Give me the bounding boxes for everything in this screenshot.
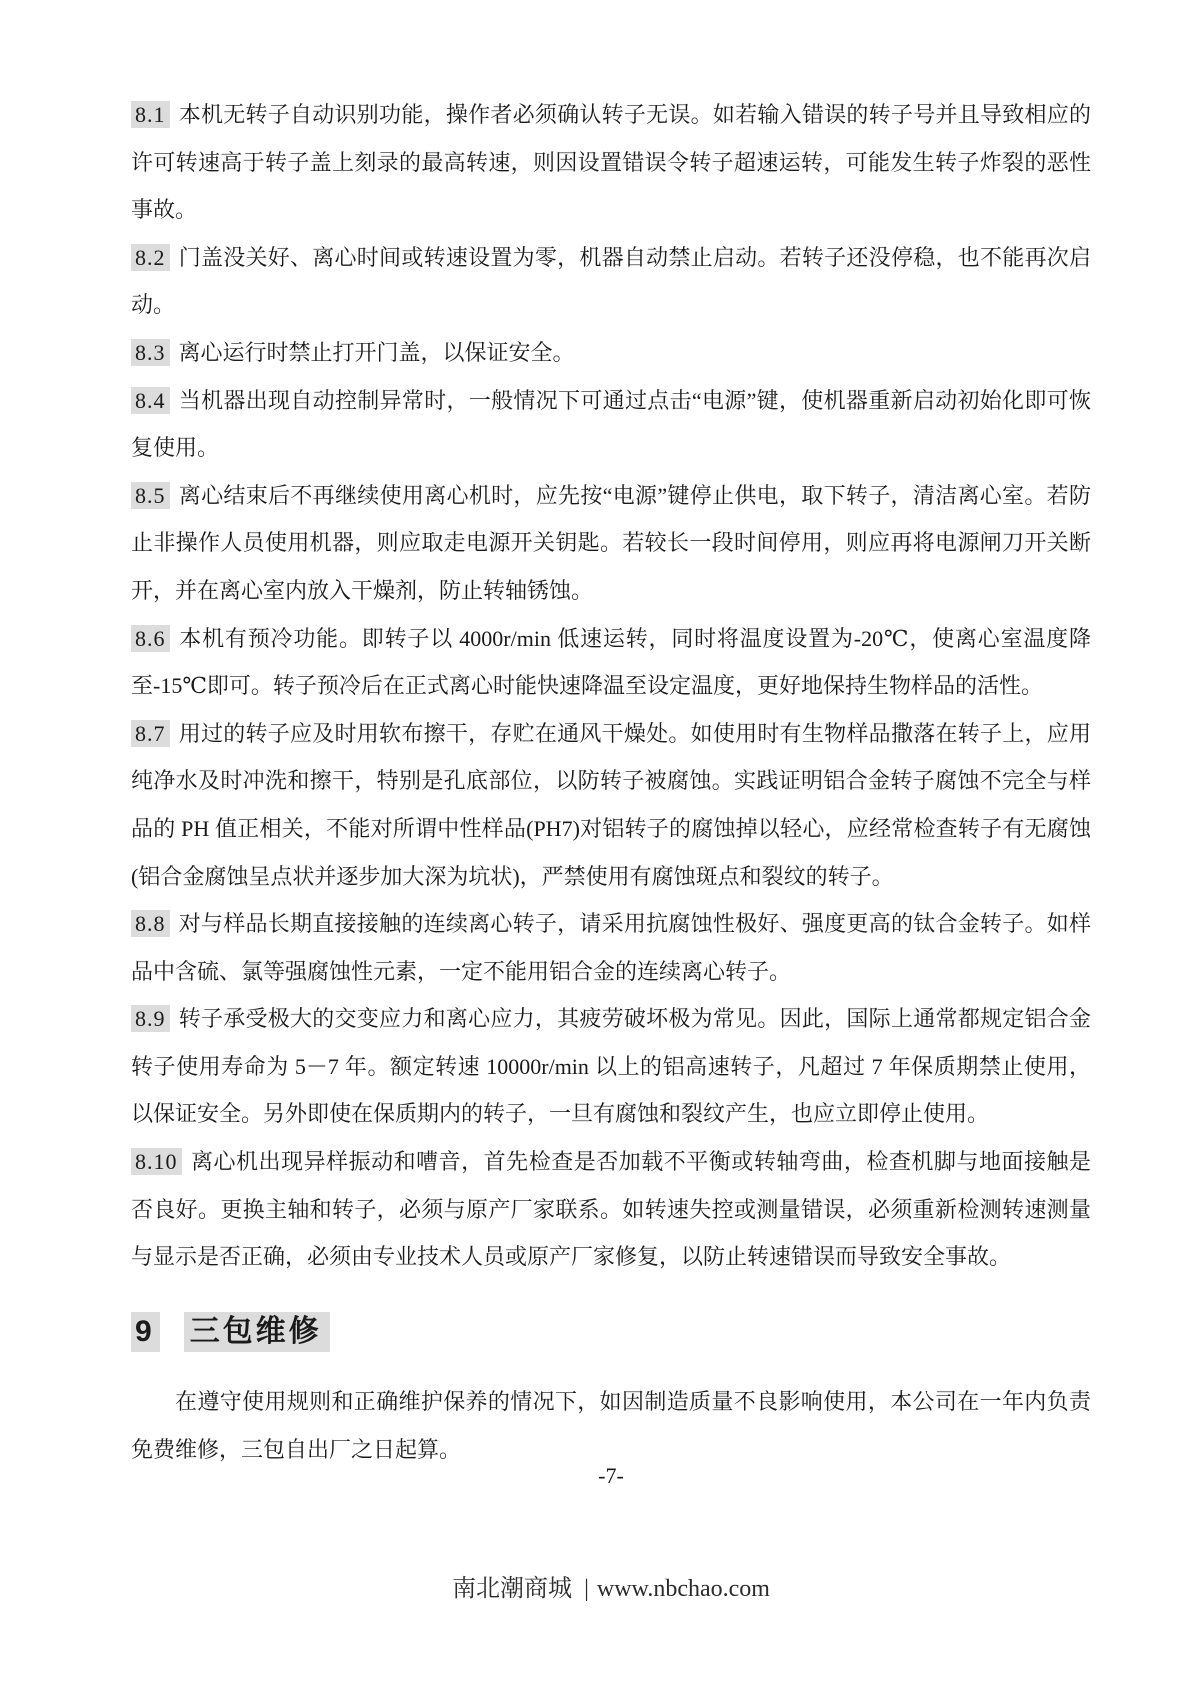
manual-item-8-10: 8.10离心机出现异样振动和嘈音，首先检查是否加载不平衡或转轴弯曲，检查机脚与地…: [131, 1138, 1091, 1281]
item-number: 8.9: [131, 1005, 170, 1032]
item-text: 离心结束后不再继续使用离心机时，应先按“电源”键停止供电，取下转子，清洁离心室。…: [131, 483, 1091, 603]
item-text: 本机无转子自动识别功能，操作者必须确认转子无误。如若输入错误的转子号并且导致相应…: [131, 102, 1091, 222]
item-text: 离心运行时禁止打开门盖，以保证安全。: [179, 340, 575, 365]
manual-item-8-2: 8.2门盖没关好、离心时间或转速设置为零，机器自动禁止启动。若转子还没停稳，也不…: [131, 234, 1091, 329]
manual-item-8-8: 8.8对与样品长期直接接触的连续离心转子，请采用抗腐蚀性极好、强度更高的钛合金转…: [131, 900, 1091, 995]
item-text: 用过的转子应及时用软布擦干，存贮在通风干燥处。如使用时有生物样品撒落在转子上，应…: [131, 721, 1091, 889]
item-text: 本机有预冷功能。即转子以 4000r/min 低速运转，同时将温度设置为-20℃…: [131, 626, 1091, 699]
section-9-number: 9: [131, 1312, 160, 1352]
item-text: 转子承受极大的交变应力和离心应力，其疲劳破坏极为常见。因此，国际上通常都规定铝合…: [131, 1006, 1091, 1126]
item-number: 8.6: [131, 625, 170, 652]
item-text: 门盖没关好、离心时间或转速设置为零，机器自动禁止启动。若转子还没停稳，也不能再次…: [131, 245, 1091, 318]
item-text: 当机器出现自动控制异常时，一般情况下可通过点击“电源”键，使机器重新启动初始化即…: [131, 388, 1091, 461]
footer-url: www.nbchao.com: [597, 1576, 770, 1602]
page-number: -7-: [131, 1463, 1091, 1489]
footer-separator: |: [584, 1576, 589, 1602]
manual-item-8-6: 8.6本机有预冷功能。即转子以 4000r/min 低速运转，同时将温度设置为-…: [131, 615, 1091, 710]
item-number: 8.10: [131, 1148, 182, 1175]
section-9-paragraph: 在遵守使用规则和正确维护保养的情况下，如因制造质量不良影响使用，本公司在一年内负…: [131, 1378, 1091, 1473]
item-number: 8.5: [131, 482, 170, 509]
section-9-title: 三包维修: [184, 1312, 330, 1352]
item-number: 8.7: [131, 720, 170, 747]
item-number: 8.4: [131, 387, 170, 414]
footer-brand: 南北潮商城: [452, 1576, 572, 1602]
item-number: 8.8: [131, 910, 170, 937]
item-number: 8.3: [131, 339, 170, 366]
manual-item-8-4: 8.4当机器出现自动控制异常时，一般情况下可通过点击“电源”键，使机器重新启动初…: [131, 377, 1091, 472]
item-number: 8.1: [131, 101, 170, 128]
section-8-items: 8.1本机无转子自动识别功能，操作者必须确认转子无误。如若输入错误的转子号并且导…: [131, 91, 1091, 1281]
manual-item-8-7: 8.7用过的转子应及时用软布擦干，存贮在通风干燥处。如使用时有生物样品撒落在转子…: [131, 710, 1091, 900]
item-number: 8.2: [131, 244, 170, 271]
manual-item-8-3: 8.3离心运行时禁止打开门盖，以保证安全。: [131, 329, 1091, 377]
item-text: 对与样品长期直接接触的连续离心转子，请采用抗腐蚀性极好、强度更高的钛合金转子。如…: [131, 911, 1091, 984]
document-page: 8.1本机无转子自动识别功能，操作者必须确认转子无误。如若输入错误的转子号并且导…: [0, 0, 1200, 1697]
page-footer: 南北潮商城|www.nbchao.com: [131, 1568, 1091, 1603]
manual-item-8-9: 8.9转子承受极大的交变应力和离心应力，其疲劳破坏极为常见。因此，国际上通常都规…: [131, 995, 1091, 1138]
manual-item-8-1: 8.1本机无转子自动识别功能，操作者必须确认转子无误。如若输入错误的转子号并且导…: [131, 91, 1091, 234]
section-9-heading: 9三包维修: [131, 1306, 330, 1350]
manual-item-8-5: 8.5离心结束后不再继续使用离心机时，应先按“电源”键停止供电，取下转子，清洁离…: [131, 472, 1091, 615]
item-text: 离心机出现异样振动和嘈音，首先检查是否加载不平衡或转轴弯曲，检查机脚与地面接触是…: [131, 1149, 1091, 1269]
